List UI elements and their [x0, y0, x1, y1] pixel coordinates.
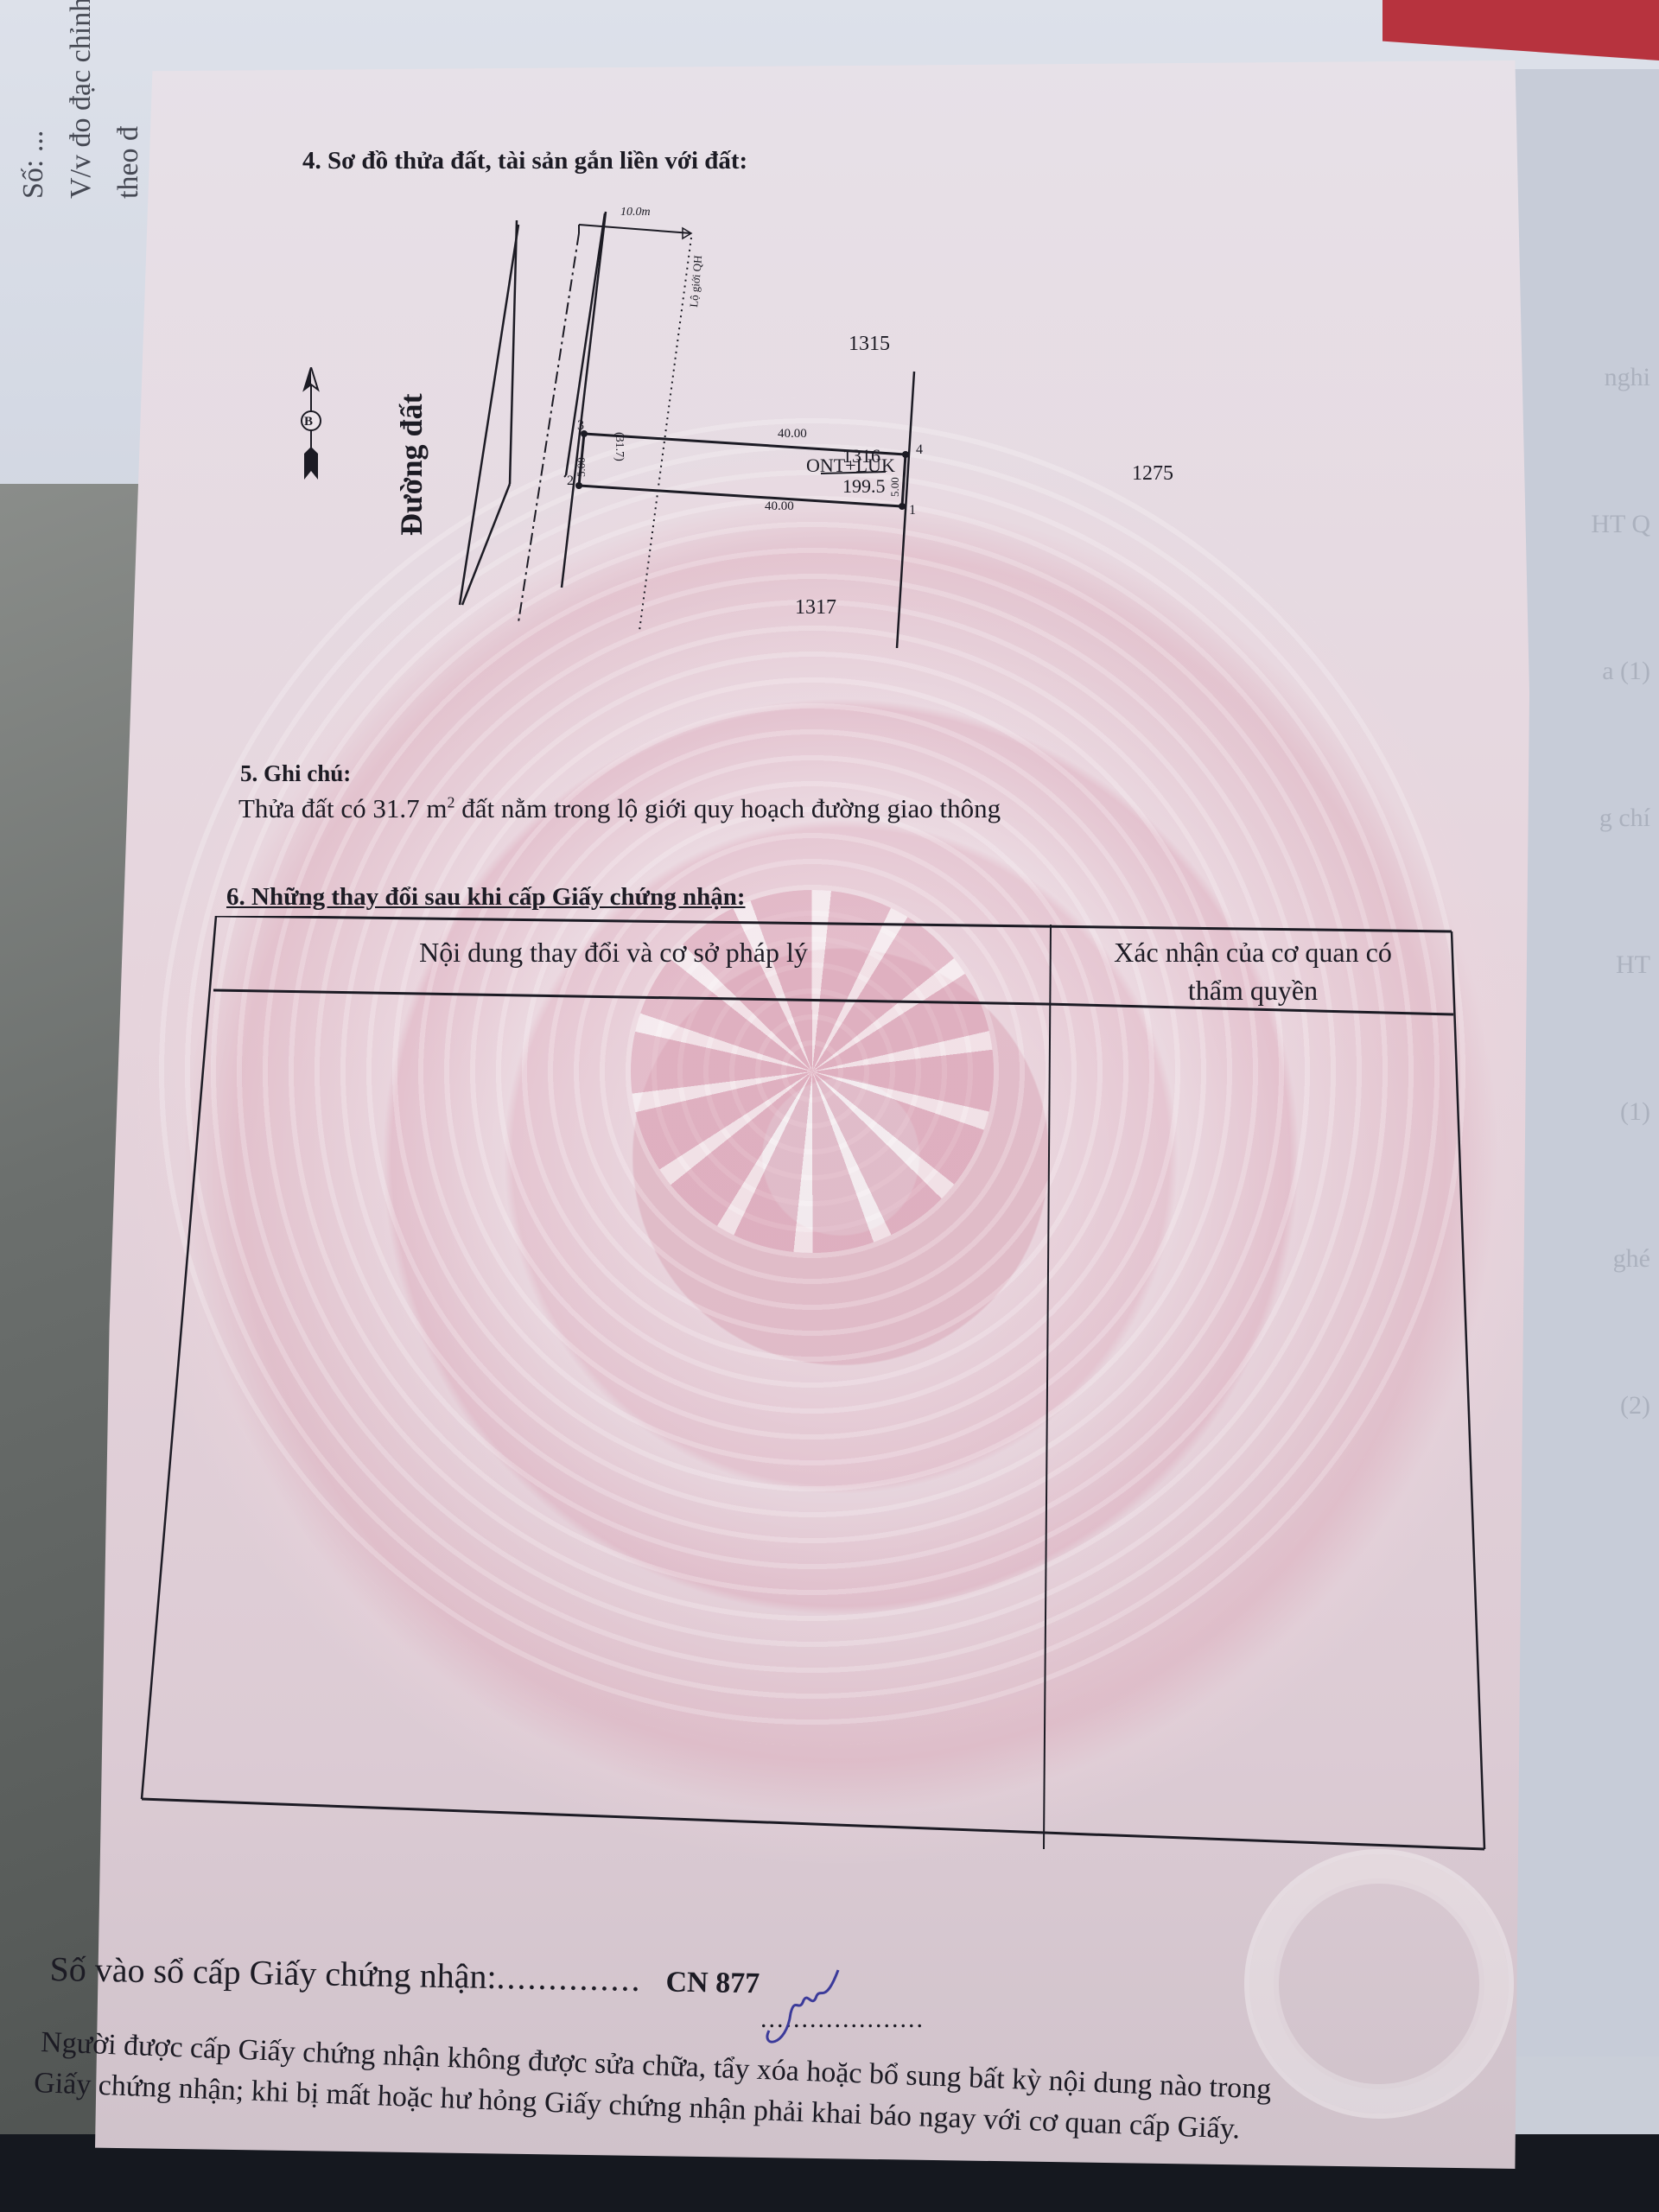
- background-text-fragment: Số: ...: [17, 0, 50, 199]
- handwritten-signature-icon: [752, 1961, 847, 2056]
- registry-number: CN 877: [665, 1966, 760, 1999]
- section5-title: 5. Ghi chú:: [240, 760, 351, 787]
- note-prefix: Thửa đất có 31.7 m: [238, 793, 448, 823]
- road-reserve-area: (31.7): [612, 432, 626, 461]
- neighbor-parcel-east: 1275: [1132, 462, 1173, 486]
- parcel-area: 199.5: [842, 475, 886, 498]
- background-text-fragment: theo đ: [112, 0, 145, 199]
- background-right-fragment: HT Q: [1591, 510, 1650, 539]
- section6-title: 6. Những thay đổi sau khi cấp Giấy chứng…: [226, 883, 746, 912]
- background-right-fragment: HT: [1616, 950, 1650, 980]
- parcel-number: 1316: [842, 445, 880, 467]
- authority-confirmation-cell: [1054, 1020, 1460, 1832]
- vertex-4: 4: [916, 442, 923, 458]
- background-text-fragment: V/v đo đạc chỉnh lý: [65, 0, 98, 199]
- vertex-2: 2: [567, 474, 574, 489]
- changes-table: Nội dung thay đổi và cơ sở pháp lý Xác n…: [138, 916, 1486, 1875]
- note-superscript: 2: [448, 794, 455, 811]
- background-right-fragment: g chí: [1599, 804, 1650, 833]
- neighbor-parcel-south: 1317: [795, 596, 836, 620]
- neighbor-parcel-north: 1315: [849, 333, 890, 356]
- column-header-authority-confirmation: Xác nhận của cơ quan có thẩm quyền: [1089, 933, 1417, 1009]
- background-right-fragment: nghi: [1605, 363, 1650, 392]
- note-text: Thửa đất có 31.7 m2 đất nằm trong lộ giớ…: [238, 793, 1001, 824]
- embossed-seal: [1244, 1849, 1514, 2119]
- column-header-change-content: Nội dung thay đổi và cơ sở pháp lý: [276, 933, 950, 971]
- parcel-diagram: B Đường đất 10.0m Lộ giới QH 1315 1317 1…: [259, 199, 1253, 648]
- section4-title: 4. Sơ đồ thửa đất, tài sản gắn liền với …: [302, 147, 747, 175]
- background-right-fragment: (1): [1620, 1097, 1650, 1127]
- edge-top-length: 40.00: [778, 427, 807, 442]
- edge-bottom-length: 40.00: [765, 499, 794, 514]
- change-content-cell: [164, 1011, 1028, 1789]
- background-right-fragment: (2): [1620, 1391, 1650, 1421]
- note-suffix: đất nằm trong lộ giới quy hoạch đường gi…: [455, 793, 1001, 823]
- background-right-fragment: ghé: [1613, 1244, 1650, 1274]
- edge-left-length: 5.00: [575, 457, 588, 477]
- scale-label: 10.0m: [620, 206, 651, 219]
- road-label: Đường đất: [393, 393, 429, 536]
- edge-right-length: 5.00: [888, 477, 902, 497]
- north-label: B: [304, 415, 313, 429]
- registry-dots: ..............: [496, 1957, 642, 1999]
- registry-label: Số vào sổ cấp Giấy chứng nhận:: [49, 1949, 497, 1996]
- vertex-3: 3: [577, 418, 584, 434]
- background-right-fragment: a (1): [1602, 657, 1650, 686]
- vertex-1: 1: [909, 503, 916, 518]
